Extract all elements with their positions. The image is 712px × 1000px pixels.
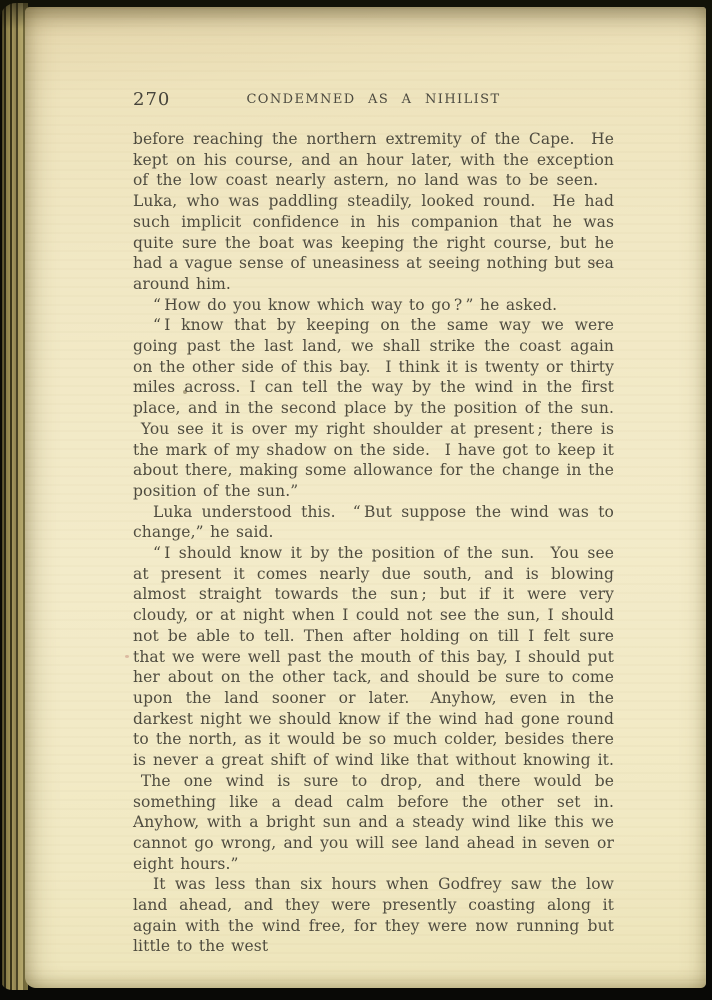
paragraph: Luka understood this. “ But suppose the … [133, 502, 614, 543]
page-text: before reaching the northern extremity o… [133, 129, 614, 957]
paper-speck [125, 655, 129, 658]
page-edge-stack [0, 3, 28, 990]
paragraph: “ I know that by keeping on the same way… [133, 315, 614, 501]
scanned-book-photo: 270 CONDEMNED AS A NIHILIST before reach… [0, 0, 712, 1000]
running-title: CONDEMNED AS A NIHILIST [133, 92, 614, 107]
book-page: 270 CONDEMNED AS A NIHILIST before reach… [25, 7, 706, 988]
paragraph: “ I should know it by the position of th… [133, 543, 614, 874]
paragraph: It was less than six hours when Godfrey … [133, 874, 614, 957]
paragraph: “ How do you know which way to go ? ” he… [133, 295, 614, 316]
paragraph: before reaching the northern extremity o… [133, 129, 614, 295]
page-header: 270 CONDEMNED AS A NIHILIST [133, 89, 614, 111]
